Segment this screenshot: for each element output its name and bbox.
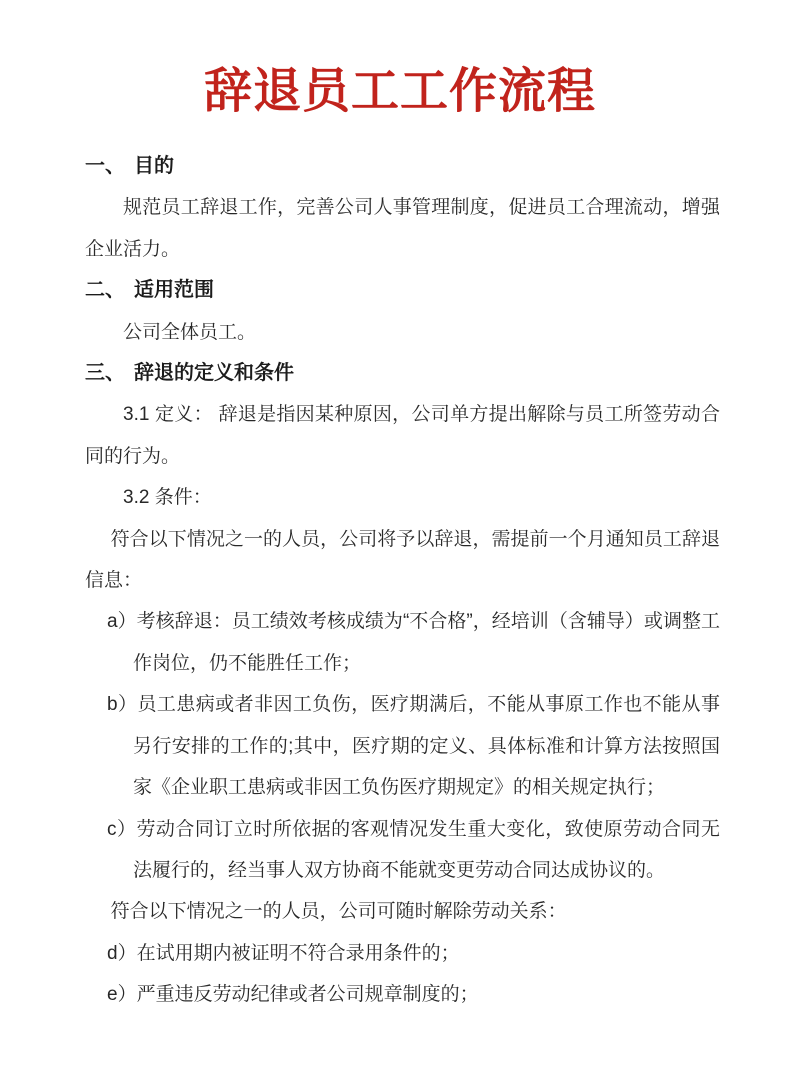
list-item-c: c）劳动合同订立时所依据的客观情况发生重大变化，致使原劳动合同无法履行的，经当事… xyxy=(85,809,720,892)
document-page: 辞退员工工作流程 一、目的 规范员工辞退工作，完善公司人事管理制度，促进员工合理… xyxy=(0,0,800,1080)
list-item-marker: d） xyxy=(107,943,137,964)
list-item-marker: a） xyxy=(107,611,137,632)
section-number: 三、 xyxy=(85,362,125,384)
list-item-marker: e） xyxy=(107,984,137,1005)
document-title: 辞退员工工作流程 xyxy=(0,0,800,122)
section-title: 适用范围 xyxy=(134,279,214,301)
list-item-a: a）考核辞退：员工绩效考核成绩为“不合格”，经培训（含辅导）或调整工作岗位，仍不… xyxy=(85,601,720,684)
list-item-text: 考核辞退：员工绩效考核成绩为“不合格”，经培训（含辅导）或调整工作岗位，仍不能胜… xyxy=(133,611,720,673)
paragraph-conditions: 3.2 条件： xyxy=(85,477,720,518)
list-item-text: 在试用期内被证明不符合录用条件的； xyxy=(137,943,460,964)
section-heading-scope: 二、适用范围 xyxy=(85,270,720,311)
paragraph-definition: 3.1 定义： 辞退是指因某种原因，公司单方提出解除与员工所签劳动合同的行为。 xyxy=(85,394,720,477)
list-item-text: 劳动合同订立时所依据的客观情况发生重大变化，致使原劳动合同无法履行的，经当事人双… xyxy=(133,819,720,881)
list-item-marker: b） xyxy=(107,694,137,715)
list-item-b: b）员工患病或者非因工负伤，医疗期满后，不能从事原工作也不能从事另行安排的工作的… xyxy=(85,684,720,808)
paragraph-dismissal-intro: 符合以下情况之一的人员，公司将予以辞退，需提前一个月通知员工辞退信息： xyxy=(85,519,720,602)
list-item-text: 严重违反劳动纪律或者公司规章制度的； xyxy=(137,984,479,1005)
section-number: 二、 xyxy=(85,279,125,301)
paragraph: 规范员工辞退工作，完善公司人事管理制度，促进员工合理流动，增强企业活力。 xyxy=(85,187,720,270)
section-number: 一、 xyxy=(85,155,125,177)
list-item-text: 员工患病或者非因工负伤，医疗期满后，不能从事原工作也不能从事另行安排的工作的;其… xyxy=(133,694,720,798)
paragraph: 公司全体员工。 xyxy=(85,312,720,353)
section-title: 目的 xyxy=(134,155,174,177)
document-body: 一、目的 规范员工辞退工作，完善公司人事管理制度，促进员工合理流动，增强企业活力… xyxy=(85,146,720,1016)
list-item-marker: c） xyxy=(107,819,136,840)
list-item-d: d）在试用期内被证明不符合录用条件的； xyxy=(85,933,720,974)
section-title: 辞退的定义和条件 xyxy=(134,362,294,384)
list-item-e: e）严重违反劳动纪律或者公司规章制度的； xyxy=(85,974,720,1015)
section-heading-definition: 三、辞退的定义和条件 xyxy=(85,353,720,394)
section-heading-purpose: 一、目的 xyxy=(85,146,720,187)
paragraph-termination-intro: 符合以下情况之一的人员，公司可随时解除劳动关系： xyxy=(85,891,720,932)
